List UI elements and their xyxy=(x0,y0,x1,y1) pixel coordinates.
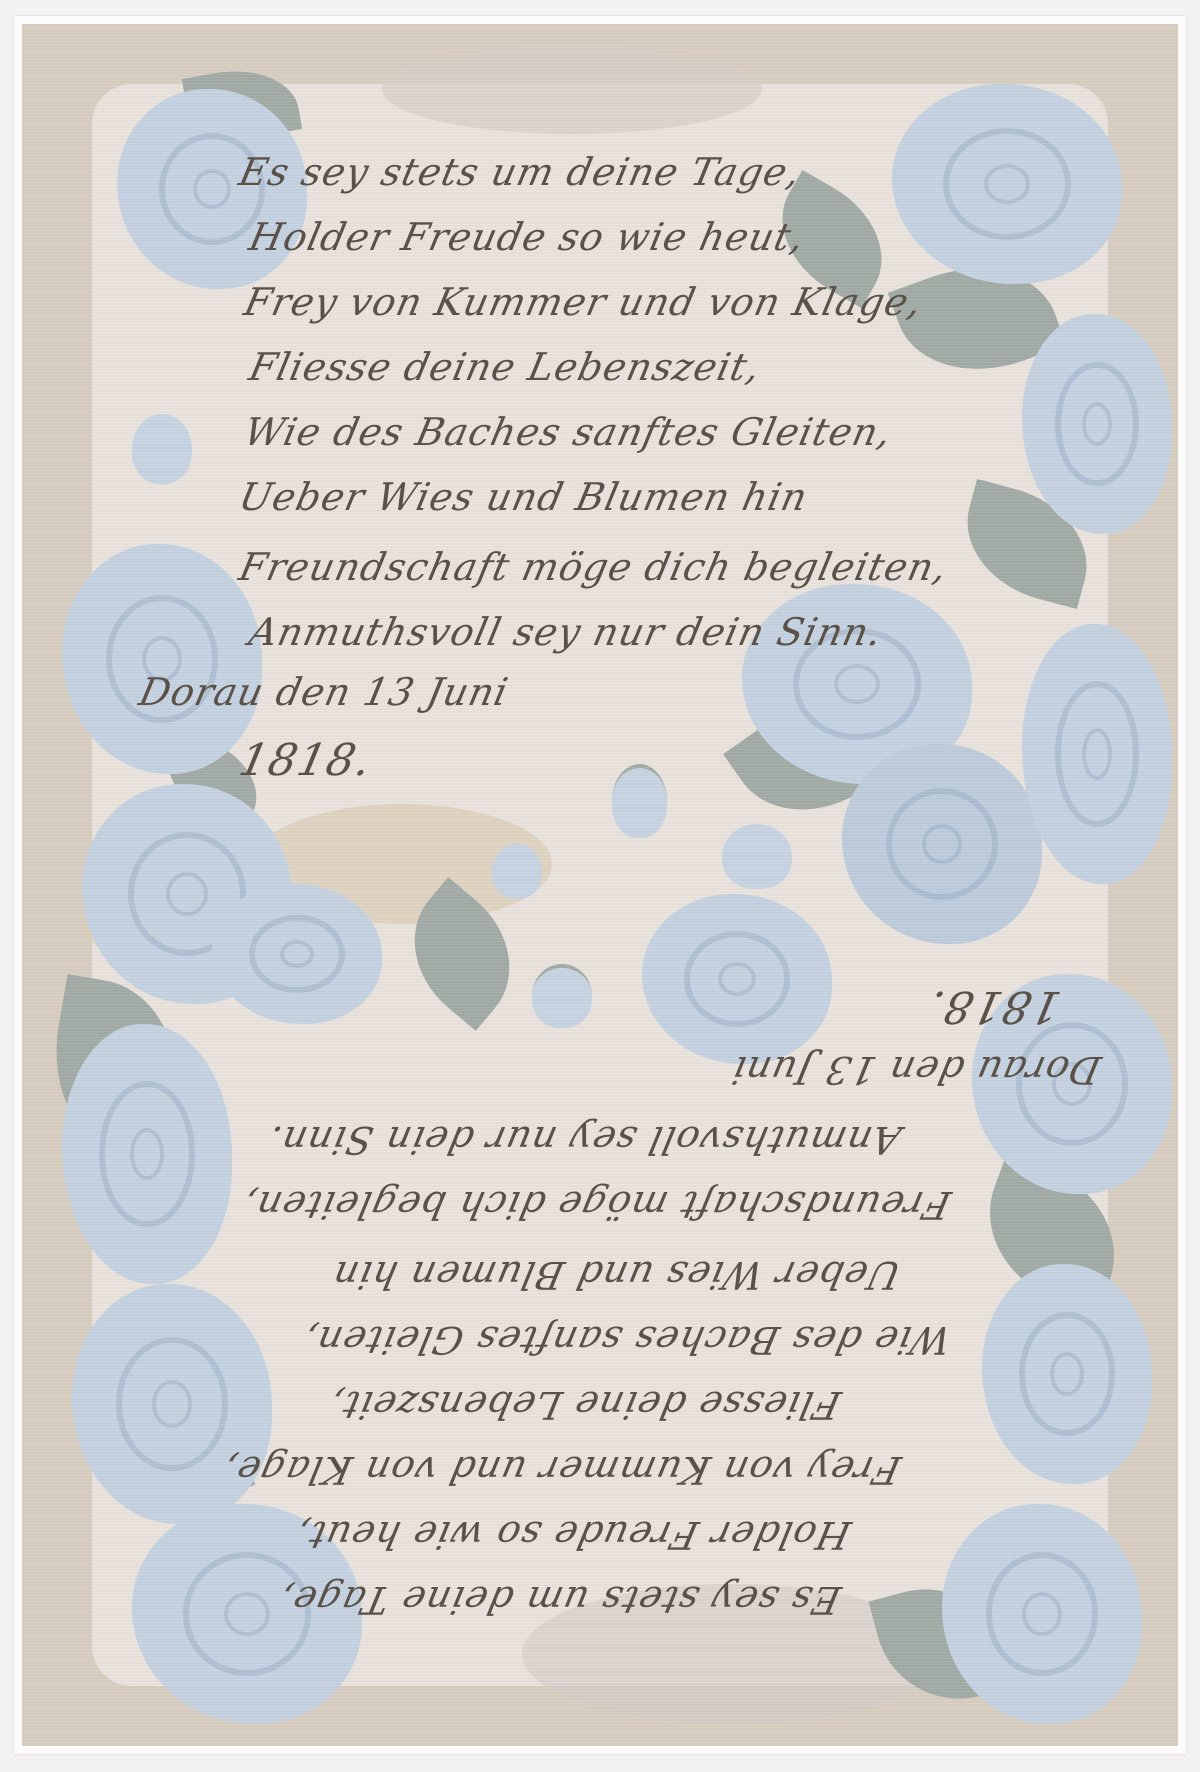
poem-line: Holder Freude so wie heut, xyxy=(291,1513,854,1557)
poem-signature: Dorau den 13 Juni xyxy=(727,1048,1104,1092)
poem-line: Freundschaft möge dich begleiten, xyxy=(238,1183,954,1227)
poem-line: Es sey stets um deine Tage, xyxy=(275,1578,845,1622)
poem-line: Anmuthsvoll sey nur dein Sinn. xyxy=(263,1118,904,1162)
poem-line: Frey von Kummer und von Klage, xyxy=(219,1448,905,1492)
poem-line: Fliesse deine Lebenszeit, xyxy=(325,1383,845,1427)
poem-line: Wie des Baches sanftes Gleiten, xyxy=(299,1318,955,1362)
poem-line: Ueber Wies und Blumen hin xyxy=(328,1253,905,1297)
poem-bottom: Es sey stets um deine Tage, Holder Freud… xyxy=(0,0,1200,1772)
poem-year: 1818. xyxy=(924,981,1066,1032)
